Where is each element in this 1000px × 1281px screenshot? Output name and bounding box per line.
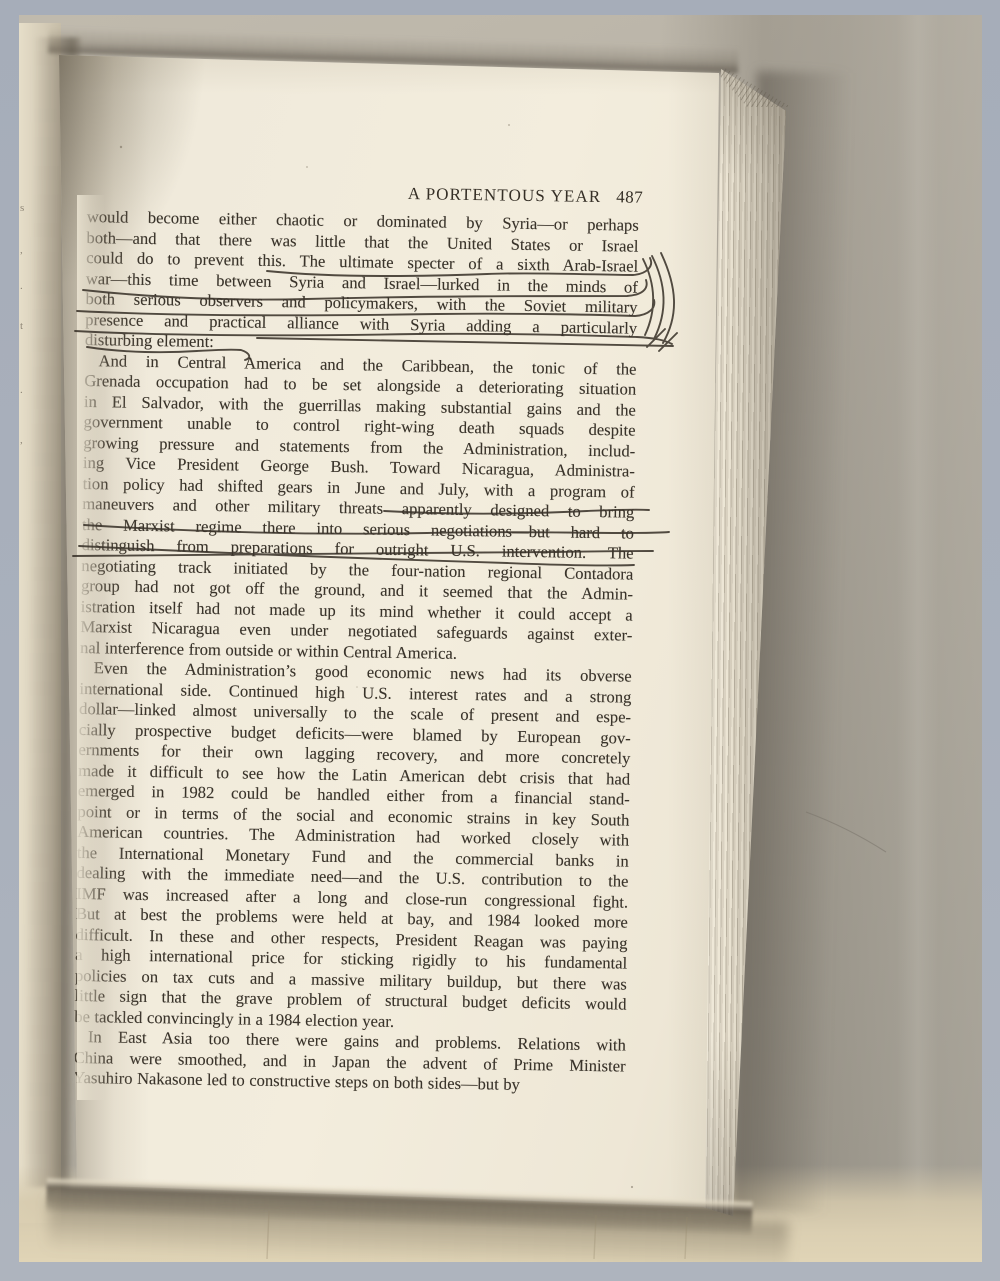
- margin-arc-flick: [647, 329, 665, 347]
- edge-fragment: .: [20, 281, 23, 292]
- edge-fragment: ,: [20, 245, 23, 256]
- page-number: 487: [616, 187, 643, 206]
- chapter-title: A PORTENTOUS YEAR: [408, 184, 602, 206]
- margin-arc-flick: [659, 333, 677, 351]
- book-page: A PORTENTOUS YEAR487 would become either…: [57, 47, 721, 1213]
- background-seam: [897, 15, 939, 1262]
- margin-arc: [643, 259, 653, 335]
- photo-frame: s , . t . , A PORTENTOUS YEAR487 would b…: [0, 0, 1000, 1281]
- margin-arc: [652, 256, 664, 339]
- running-head: A PORTENTOUS YEAR487: [408, 184, 644, 208]
- book-photo: s , . t . , A PORTENTOUS YEAR487 would b…: [19, 15, 982, 1262]
- edge-fragment: t: [20, 321, 23, 332]
- edge-fragment: ,: [20, 435, 23, 446]
- edge-fragment: .: [20, 385, 23, 396]
- left-text-fade: [77, 195, 105, 1100]
- page-text: A PORTENTOUS YEAR487 would become either…: [73, 207, 639, 1097]
- edge-fragment: s: [20, 203, 24, 214]
- margin-arc: [661, 253, 674, 343]
